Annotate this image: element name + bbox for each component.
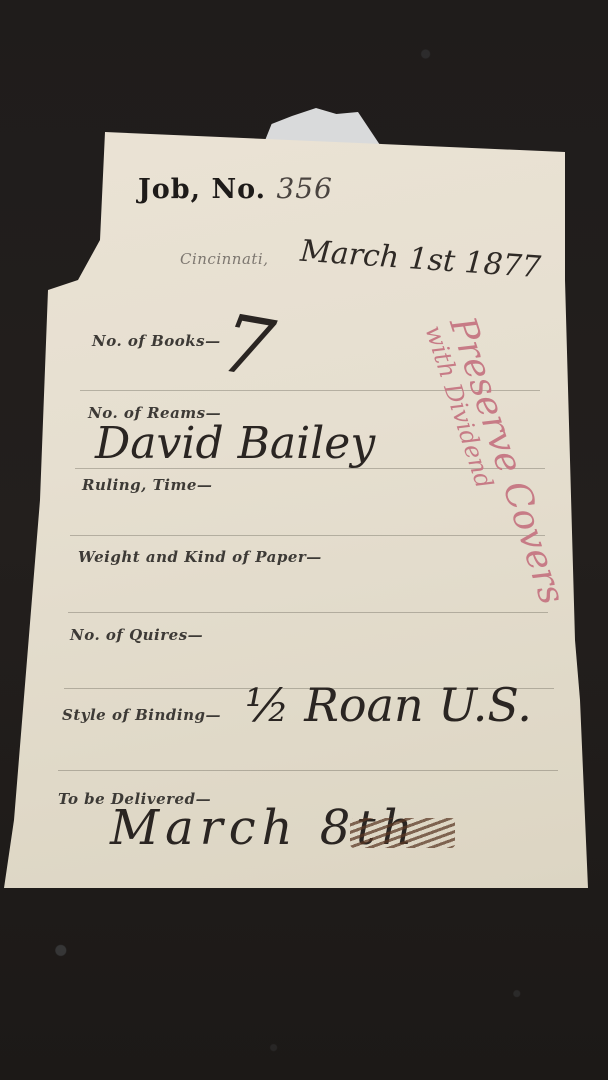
job-label: Job, No. [138, 174, 266, 205]
books-label: No. of Books— [92, 332, 221, 350]
job-ticket-paper: Job, No. 356 Cincinnati, March 1st 1877 … [0, 0, 608, 1080]
city-label: Cincinnati, [180, 250, 269, 268]
binding-value: ½ Roan U.S. [245, 678, 532, 732]
quires-label: No. of Quires— [70, 626, 203, 644]
divider [58, 770, 558, 771]
divider [70, 535, 545, 536]
job-number-heading: Job, No. 356 [138, 172, 333, 205]
struck-out-text [350, 818, 455, 848]
ruling-label: Ruling, Time— [82, 476, 212, 494]
job-number-value: 356 [276, 172, 332, 205]
books-value: 7 [214, 296, 280, 396]
binding-label: Style of Binding— [62, 706, 221, 724]
reams-value: David Bailey [95, 418, 375, 469]
divider [68, 612, 548, 613]
date-value: March 1st 1877 [299, 234, 542, 286]
paper-label: Weight and Kind of Paper— [78, 548, 322, 566]
